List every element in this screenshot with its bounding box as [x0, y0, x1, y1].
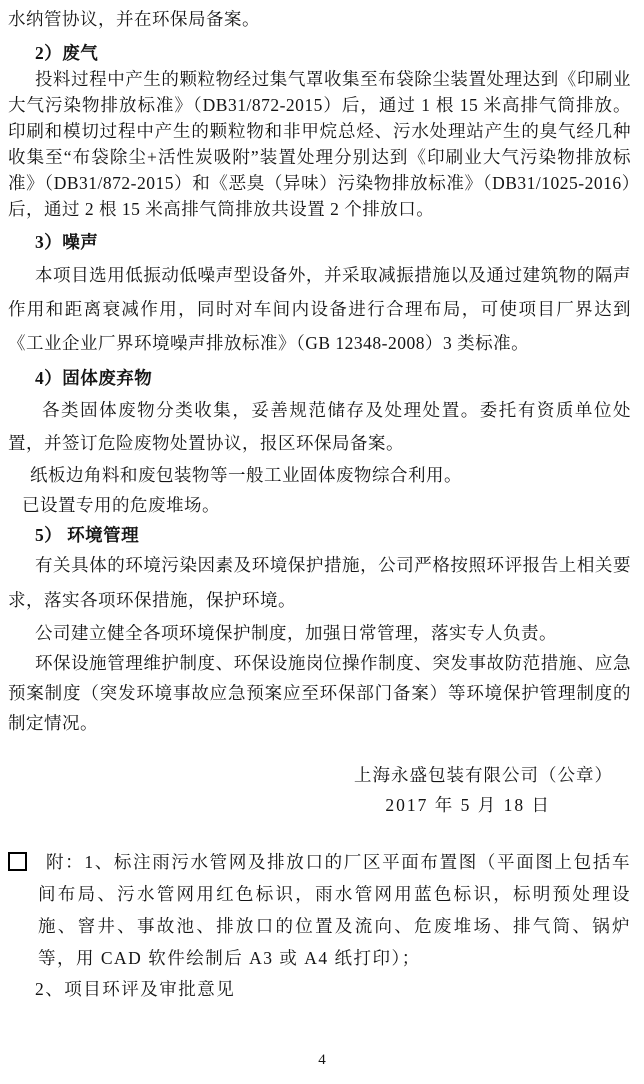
paragraph-waste-gas: 投料过程中产生的颗粒物经过集气罩收集至布袋除尘装置处理达到《印刷业大气污染物排放… [8, 66, 631, 222]
checkbox-unchecked-icon[interactable] [8, 852, 27, 871]
attachment-item-1: 附：1、标注雨污水管网及排放口的厂区平面布置图（平面图上包括车间布局、污水管网用… [38, 846, 631, 974]
signature-company: 上海永盛包装有限公司（公章） [8, 762, 631, 788]
paragraph-env-management-2: 公司建立健全各项环境保护制度，加强日常管理，落实专人负责。 [8, 618, 631, 648]
attachment-item-2: 2、项目环评及审批意见 [35, 974, 631, 1005]
paragraph-solid-waste-1: 各类固体废物分类收集，妥善规范储存及处理处置。委托有资质单位处置，并签订危险废物… [8, 394, 631, 460]
paragraph-noise: 本项目选用低振动低噪声型设备外，并采取减振措施以及通过建筑物的隔声作用和距离衰减… [8, 258, 631, 360]
document-page: 水纳管协议，并在环保局备案。 2）废气 投料过程中产生的颗粒物经过集气罩收集至布… [0, 0, 644, 1084]
paragraph-env-management-1: 有关具体的环境污染因素及环境保护措施，公司严格按照环评报告上相关要求，落实各项环… [8, 548, 631, 618]
attachment-block: 附：1、标注雨污水管网及排放口的厂区平面布置图（平面图上包括车间布局、污水管网用… [8, 846, 631, 1005]
section-heading-solid-waste: 4）固体废弃物 [35, 365, 631, 391]
document-content: 水纳管协议，并在环保局备案。 2）废气 投料过程中产生的颗粒物经过集气罩收集至布… [8, 6, 631, 1005]
paragraph-env-management-3: 环保设施管理维护制度、环保设施岗位操作制度、突发事故防范措施、应急预案制度（突发… [8, 648, 631, 738]
section-heading-noise: 3）噪声 [35, 229, 631, 255]
signature-date: 2017 年 5 月 18 日 [8, 792, 631, 818]
intro-line: 水纳管协议，并在环保局备案。 [8, 6, 631, 32]
page-number: 4 [0, 1052, 644, 1069]
section-heading-waste-gas: 2）废气 [35, 40, 631, 66]
paragraph-solid-waste-3: 已设置专用的危废堆场。 [8, 490, 631, 520]
section-heading-env-management: 5） 环境管理 [35, 522, 631, 548]
paragraph-solid-waste-2: 纸板边角料和废包装物等一般工业固体废物综合利用。 [8, 460, 631, 490]
